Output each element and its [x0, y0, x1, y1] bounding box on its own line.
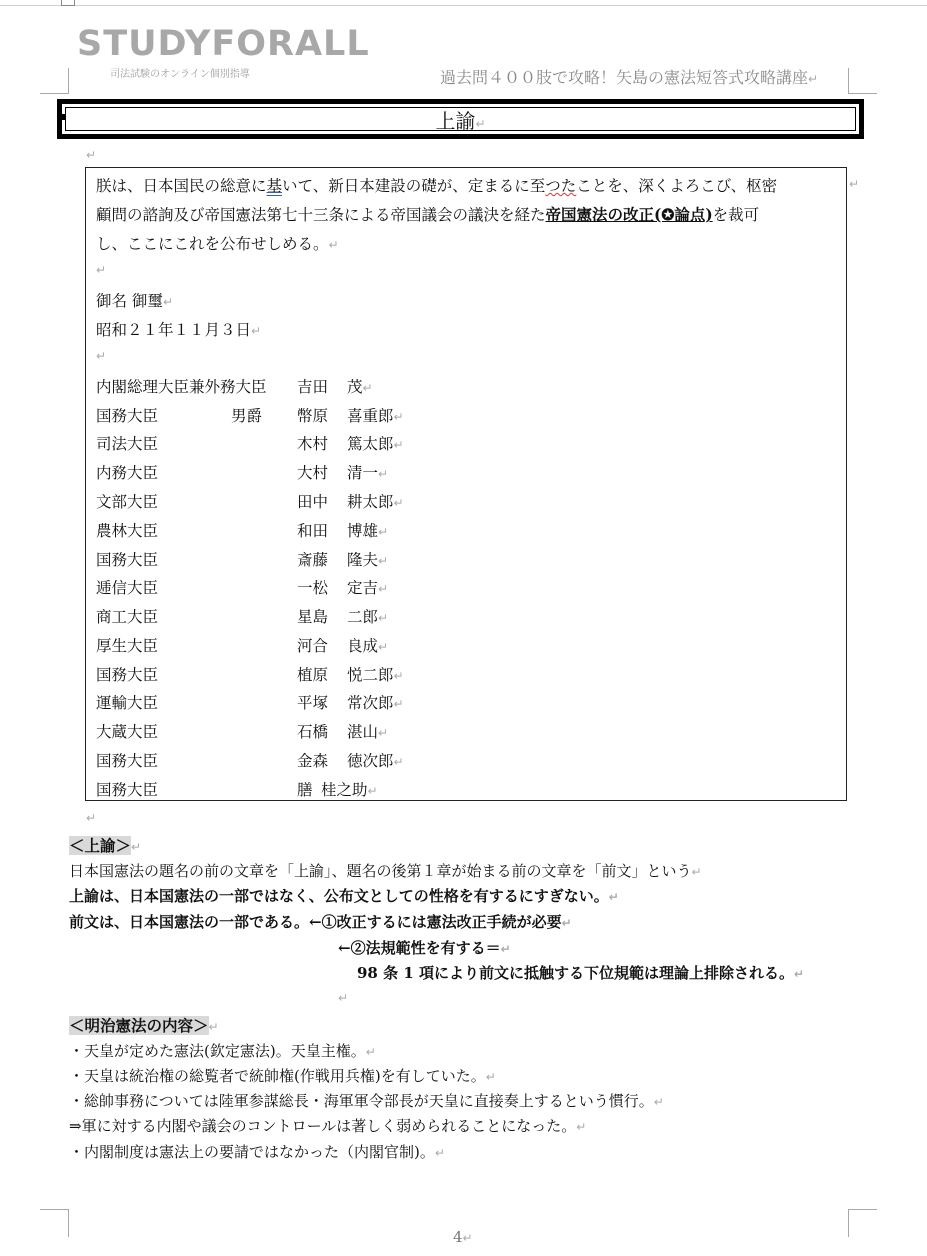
- empty-paragraph: ↵: [96, 346, 106, 364]
- edict-date: 昭和２１年１１月３日↵: [96, 318, 261, 340]
- empty-paragraph: ↵: [86, 145, 96, 163]
- edict-line-1: 朕は、日本国民の総意に基いて、新日本建設の礎が、定まるに至つたことを、深くよろこ…: [96, 174, 777, 196]
- note-line-bold: 上諭は、日本国憲法の一部ではなく、公布文としての性格を有するにすぎない。↵: [69, 885, 619, 906]
- empty-paragraph: ↵: [338, 988, 348, 1006]
- note-line-bold: ←②法規範性を有する＝↵: [338, 937, 511, 958]
- list-item: ・天皇が定めた憲法(欽定憲法)。天皇主権。↵: [69, 1040, 376, 1061]
- list-item: ・総帥事務については陸軍参謀総長・海軍軍令部長が天皇に直接奏上するという慣行。↵: [69, 1090, 664, 1111]
- crop-mark-bottom-left: [40, 1209, 69, 1237]
- list-item: ・天皇は統治権の総覧者で統帥権(作戦用兵権)を有していた。↵: [69, 1065, 496, 1086]
- logo-subtitle: 司法試験のオンライン個別指導: [110, 65, 250, 80]
- ruler-line: [0, 0, 927, 6]
- page-number: 4↵: [453, 1228, 473, 1246]
- studyforall-logo: STUDYFORALL: [77, 26, 370, 62]
- course-title: 過去問４００肢で攻略！矢島の憲法短答式攻略講座↵: [440, 65, 818, 88]
- section-heading-joyu: ＜上諭＞↵: [69, 834, 141, 856]
- note-line-bold: 前文は、日本国憲法の一部である。←①改正するには憲法改正手続が必要↵: [69, 911, 572, 932]
- empty-paragraph: ↵: [96, 260, 106, 278]
- note-line: 日本国憲法の題名の前の文章を「上諭」、題名の後第１章が始まる前の文章を「前文」と…: [69, 860, 702, 881]
- keypoint-amendment: 帝国憲法の改正(✪論点): [546, 205, 713, 224]
- note-line-bold: 98 条 1 項により前文に抵触する下位規範は理論上排除される。↵: [357, 962, 804, 983]
- section-heading-meiji: ＜明治憲法の内容＞↵: [69, 1014, 219, 1036]
- list-item: ⇒軍に対する内閣や議会のコントロールは著しく弱められることになった。↵: [69, 1115, 586, 1136]
- paragraph-mark: ↵: [849, 174, 859, 192]
- list-item: ・内閣制度は憲法上の要請ではなかった（内閣官制)。↵: [69, 1141, 445, 1162]
- edict-line-2: 顧問の諮詢及び帝国憲法第七十三条による帝国議会の議決を経た帝国憲法の改正(✪論点…: [96, 203, 759, 225]
- edict-line-3: し、ここにこれを公布せしめる。↵: [96, 232, 339, 254]
- crop-mark-top-left: [40, 68, 69, 94]
- crop-mark-top-right: [848, 68, 877, 94]
- crop-mark-bottom-right: [848, 1209, 877, 1237]
- title-box: 上諭↵: [57, 99, 864, 139]
- imperial-signature: 御名 御璽↵: [96, 289, 173, 311]
- ruler-marker[interactable]: [61, 0, 75, 6]
- edict-box: [85, 167, 847, 801]
- page-title: 上諭↵: [62, 105, 859, 134]
- empty-paragraph: ↵: [86, 808, 96, 826]
